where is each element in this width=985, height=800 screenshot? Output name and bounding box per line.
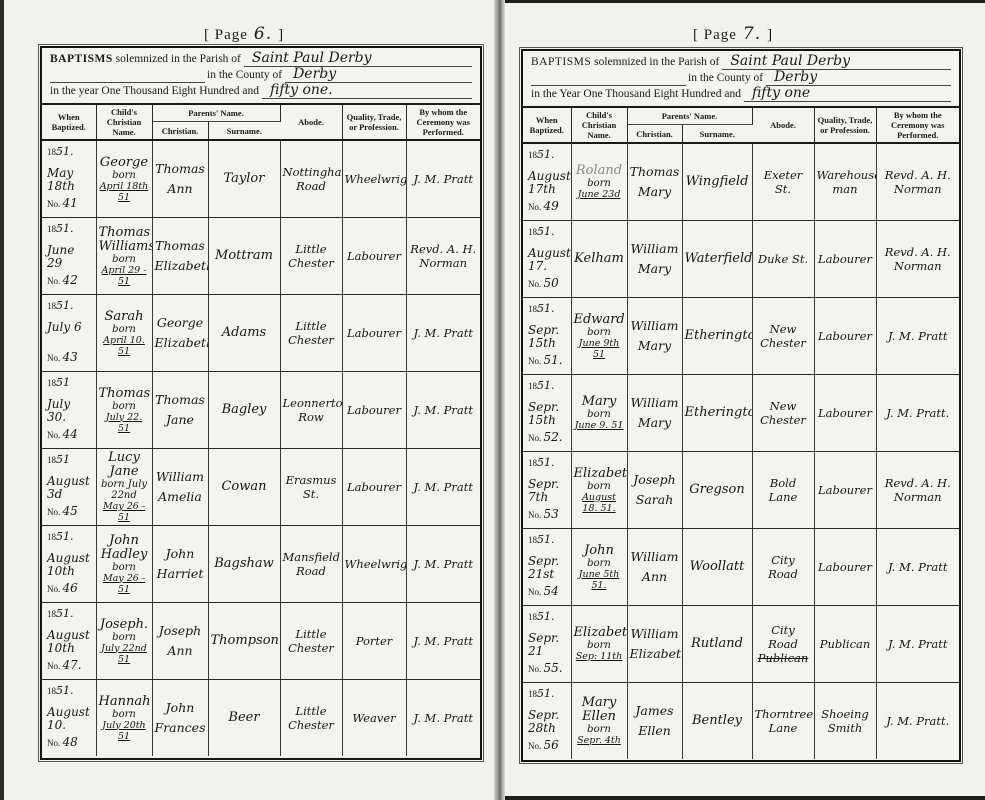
year-suffix: 51: [56, 453, 70, 466]
baptism-date: Sepr. 15th: [528, 324, 567, 350]
cell-trade: Publican: [814, 606, 876, 683]
cell-child: Kelham: [571, 221, 627, 298]
child-name: Elizabeth: [574, 626, 625, 640]
entry-year: 1851.: [47, 145, 74, 159]
born-date: July 20th 51: [99, 720, 150, 742]
cell-trade: Labourer: [342, 372, 406, 449]
no-label: No.: [528, 202, 541, 212]
child-name: Elizabeth: [574, 467, 625, 481]
blank-rule: [50, 68, 205, 83]
year-suffix: 51.: [56, 607, 74, 620]
no-value: 54: [544, 584, 559, 598]
abode-line: Nottingham: [283, 165, 340, 179]
table-row: 1851. Sepr. 21 No. 55. Elizabeth born Se…: [523, 606, 959, 683]
solemnized-label: solemnized in the Parish of: [116, 51, 241, 67]
cell-when: 1851. Sepr. 7th No. 53: [523, 452, 571, 529]
abode-line: Exeter St.: [755, 168, 812, 196]
cell-christian: Thomas Mary: [627, 143, 682, 221]
cell-surname: Woollatt: [682, 529, 752, 606]
entry-year: 1851.: [47, 299, 74, 313]
entry-number: No. 50: [528, 276, 559, 291]
born-label: born: [99, 254, 150, 265]
cell-abode: NottinghamRoad: [280, 140, 342, 218]
cell-christian: John Frances: [152, 680, 208, 757]
born-date: April 18th 51: [99, 181, 150, 203]
abode-line: Erasmus St.: [283, 473, 340, 501]
cell-officiant: J. M. Pratt: [406, 680, 480, 757]
county-line: in the County of Derby: [50, 67, 472, 83]
baptism-date: August 17th: [528, 170, 567, 196]
cell-surname: Taylor: [208, 140, 280, 218]
baptism-date: August 10th: [47, 552, 92, 578]
no-label: No.: [528, 356, 541, 366]
child-name: Lucy Jane: [99, 451, 150, 479]
born-label: born: [574, 327, 625, 338]
cell-surname: Wingfield: [682, 143, 752, 221]
no-value: 51.: [544, 353, 563, 367]
abode-line: Road: [283, 179, 340, 193]
entry-number: No. 44: [47, 427, 78, 442]
col-surname: Surname.: [208, 122, 280, 140]
col-child: Child's Christian Name.: [96, 105, 152, 140]
page-number: 6.: [254, 24, 272, 44]
entry-number: No. 46: [47, 581, 78, 596]
year-suffix: 51.: [56, 530, 74, 543]
cell-abode: Exeter St.: [752, 143, 814, 221]
abode-line: Row: [283, 410, 340, 424]
cell-child: Roland born June 23d: [571, 143, 627, 221]
mother-name: Ann: [155, 179, 206, 199]
cell-christian: William Ann: [627, 529, 682, 606]
entry-number: No. 42: [47, 273, 78, 288]
born-label: born: [574, 640, 625, 651]
cell-trade: Wheelwright: [342, 140, 406, 218]
no-value: 49: [544, 199, 559, 213]
mother-name: Mary: [630, 259, 680, 279]
father-name: George: [155, 313, 206, 333]
cell-christian: William Mary: [627, 375, 682, 452]
cell-abode: Erasmus St.: [280, 449, 342, 526]
cell-christian: William Elizabeth: [627, 606, 682, 683]
entry-year: 1851.: [528, 148, 555, 162]
abode-line: New Chester: [755, 399, 812, 427]
cell-surname: Rutland: [682, 606, 752, 683]
table-row: 1851. August 10th No. 46 John Hadley bor…: [42, 526, 480, 603]
cell-officiant: J. M. Pratt.: [876, 683, 959, 760]
cell-trade: Weaver: [342, 680, 406, 757]
entry-number: No. 41: [47, 196, 78, 211]
baptism-date: July 6: [47, 321, 92, 334]
abode-line: Little Chester: [283, 627, 340, 655]
book-spine: [494, 0, 505, 800]
abode-line: Leonnerton: [283, 396, 340, 410]
no-label: No.: [528, 510, 541, 520]
cell-surname: Bentley: [682, 683, 752, 760]
year-prefix: 18: [47, 609, 56, 619]
col-when: When Baptized.: [523, 108, 571, 143]
entry-number: No. 43: [47, 350, 78, 365]
child-name: Hannah: [99, 695, 150, 709]
cell-child: Elizabeth born August 18. 51.: [571, 452, 627, 529]
child-name: Thomas: [99, 387, 150, 401]
county-value: Derby: [766, 71, 951, 86]
cell-when: 1851. Sepr. 21st No. 54: [523, 529, 571, 606]
cell-abode: City Road: [752, 529, 814, 606]
cell-trade: Labourer: [814, 221, 876, 298]
register-spread: [ Page6.] BAPTISMS solemnized in the Par…: [0, 0, 985, 800]
father-name: James: [630, 701, 680, 721]
cell-child: Mary born June 9. 51: [571, 375, 627, 452]
cell-trade: Labourer: [814, 529, 876, 606]
mother-name: Mary: [630, 336, 680, 356]
year-prefix: 18: [47, 686, 56, 696]
cell-child: George born April 18th 51: [96, 140, 152, 218]
born-label: born: [99, 562, 150, 573]
cell-surname: Etherington: [682, 298, 752, 375]
mother-name: Amelia: [155, 487, 206, 507]
year-line: in the year One Thousand Eight Hundred a…: [50, 83, 472, 99]
cell-child: Thomas Williams born April 29 - 51: [96, 218, 152, 295]
year-prefix: 18: [528, 227, 537, 237]
no-value: 50: [544, 276, 559, 290]
cell-christian: James Ellen: [627, 683, 682, 760]
col-child: Child's Christian Name.: [571, 108, 627, 143]
entry-year: 1851.: [47, 607, 74, 621]
born-label: born: [574, 724, 625, 735]
born-date: June 9th 51: [574, 338, 625, 360]
no-value: 52.: [544, 430, 563, 444]
year-suffix: 51.: [537, 533, 555, 546]
baptism-date: August 10.: [47, 706, 92, 732]
born-date: May 26 - 51: [99, 501, 150, 523]
born-label: born: [574, 558, 625, 569]
entry-year: 1851.: [528, 610, 555, 624]
cell-child: Thomas born July 22. 51: [96, 372, 152, 449]
cell-child: John Hadley born May 26 - 51: [96, 526, 152, 603]
baptism-date: Sepr. 21: [528, 632, 567, 658]
cell-child: Sarah born April 10. 51: [96, 295, 152, 372]
cell-surname: Cowan: [208, 449, 280, 526]
year-prefix: 18: [47, 147, 56, 157]
cell-trade: Labourer: [342, 218, 406, 295]
year-suffix: 51.: [56, 299, 74, 312]
mother-name: Ann: [630, 567, 680, 587]
mother-name: Harriet: [155, 564, 206, 584]
father-name: Thomas: [155, 159, 206, 179]
abode-line: Duke St.: [755, 252, 812, 266]
cell-christian: William Mary: [627, 221, 682, 298]
child-name: John Hadley: [99, 534, 150, 562]
father-name: William: [155, 467, 206, 487]
born-date: June 23d: [574, 189, 625, 200]
col-when: When Baptized.: [42, 105, 96, 140]
year-prefix: 18: [528, 458, 537, 468]
child-name: Mary: [574, 395, 625, 409]
father-name: Thomas: [155, 390, 206, 410]
cell-surname: Thompson: [208, 603, 280, 680]
cell-when: 1851. August 10th No. 47.: [42, 603, 96, 680]
year-suffix: 51.: [537, 687, 555, 700]
cell-when: 1851. July 6 No. 43: [42, 295, 96, 372]
page-label-suffix: ]: [278, 27, 284, 43]
cell-abode: Little Chester: [280, 603, 342, 680]
year-label: in the year One Thousand Eight Hundred a…: [50, 83, 259, 99]
cell-officiant: J. M. Pratt: [406, 372, 480, 449]
scan-border-bottom: [505, 796, 985, 800]
mother-name: Mary: [630, 182, 680, 202]
mother-name: Elizabeth: [155, 256, 206, 276]
year-prefix: 18: [528, 689, 537, 699]
abode-line: Chester: [283, 256, 340, 270]
child-name: John: [574, 544, 625, 558]
cell-officiant: J. M. Pratt.: [876, 375, 959, 452]
born-date: June 9. 51: [574, 420, 625, 431]
table-row: 1851. August 10th No. 47. Joseph. born J…: [42, 603, 480, 680]
mother-name: Jane: [155, 410, 206, 430]
cell-trade: Labourer: [814, 298, 876, 375]
solemnized-label: solemnized in the Parish of: [594, 54, 719, 70]
page-label-prefix: [ Page: [204, 27, 248, 43]
cell-child: John born June 5th 51.: [571, 529, 627, 606]
born-date: July 22nd 51: [99, 643, 150, 665]
year-prefix: 18: [47, 301, 56, 311]
no-label: No.: [47, 276, 60, 286]
year-suffix: 51.: [56, 684, 74, 697]
cell-when: 1851. August 17. No. 50: [523, 221, 571, 298]
father-name: William: [630, 239, 680, 259]
child-name: Joseph.: [99, 618, 150, 632]
abode-line: Mansfield: [283, 550, 340, 564]
cell-child: Mary Ellen born Sepr. 4th: [571, 683, 627, 760]
baptism-date: August 3d: [47, 475, 92, 501]
cell-trade: Porter: [342, 603, 406, 680]
cell-trade: Labourer: [342, 295, 406, 372]
no-label: No.: [528, 664, 541, 674]
cell-child: Hannah born July 20th 51: [96, 680, 152, 757]
entry-number: No. 53: [528, 507, 559, 522]
cell-abode: Duke St.: [752, 221, 814, 298]
cell-surname: Bagley: [208, 372, 280, 449]
cell-christian: Joseph Ann: [152, 603, 208, 680]
born-date: June 5th 51.: [574, 569, 625, 591]
baptism-date: August 17.: [528, 247, 567, 273]
county-label: in the County of: [207, 67, 282, 83]
born-label: born: [99, 401, 150, 412]
child-name: Mary Ellen: [574, 696, 625, 724]
year-prefix: 18: [47, 224, 56, 234]
abode-line: Bold Lane: [755, 476, 812, 504]
col-officiant: By whom the Ceremony was Performed.: [406, 105, 480, 140]
entry-year: 1851.: [528, 225, 555, 239]
cell-abode: LittleChester: [280, 295, 342, 372]
abode-line: City Road: [755, 623, 812, 651]
cell-trade: Wheelwright: [342, 526, 406, 603]
col-surname: Surname.: [682, 125, 752, 143]
born-date: Sep: 11th: [574, 651, 625, 662]
no-value: 42: [63, 273, 78, 287]
no-value: 41: [63, 196, 78, 210]
year-prefix: 18: [47, 378, 56, 388]
baptisms-title: BAPTISMS: [50, 51, 113, 67]
year-suffix: 51.: [56, 145, 74, 158]
cell-christian: John Harriet: [152, 526, 208, 603]
cell-when: 1851. May 18th No. 41: [42, 140, 96, 218]
col-trade: Quality, Trade, or Profession.: [814, 108, 876, 143]
table-row: 1851. July 6 No. 43 Sarah born April 10.…: [42, 295, 480, 372]
cell-officiant: J. M. Pratt: [876, 606, 959, 683]
child-name: Kelham: [574, 252, 625, 266]
abode-line: Little: [283, 704, 340, 718]
baptism-date: Sepr. 7th: [528, 478, 567, 504]
cell-surname: Etherington: [682, 375, 752, 452]
year-label: in the Year One Thousand Eight Hundred a…: [531, 86, 741, 102]
col-christian: Christian.: [627, 125, 682, 143]
child-name: Roland: [574, 164, 625, 178]
year-prefix: 18: [528, 612, 537, 622]
father-name: John: [155, 544, 206, 564]
col-officiant: By whom the Ceremony was Performed.: [876, 108, 959, 143]
father-name: William: [630, 316, 680, 336]
abode-line: Chester: [283, 333, 340, 347]
baptism-register: BAPTISMS solemnized in the Parish of Sai…: [40, 46, 482, 760]
abode-line: New Chester: [755, 322, 812, 350]
cell-officiant: J. M. Pratt: [406, 449, 480, 526]
cell-trade: Labourer: [814, 375, 876, 452]
no-label: No.: [47, 430, 60, 440]
cell-officiant: Revd. A. H. Norman: [876, 143, 959, 221]
no-value: 44: [63, 427, 78, 441]
no-label: No.: [47, 199, 60, 209]
table-row: 1851. Sepr. 15th No. 51. Edward born Jun…: [523, 298, 959, 375]
page-number-label: [ Page7.]: [693, 24, 773, 44]
abode-line: Thorntree: [755, 707, 812, 721]
no-value: 55.: [544, 661, 563, 675]
page-number: 7.: [743, 24, 761, 44]
cell-when: 1851. Sepr. 15th No. 52.: [523, 375, 571, 452]
no-value: 46: [63, 581, 78, 595]
entry-number: No. 52.: [528, 430, 563, 445]
born-date: April 29 - 51: [99, 265, 150, 287]
no-label: No.: [528, 587, 541, 597]
father-name: John: [155, 698, 206, 718]
cell-officiant: J. M. Pratt: [406, 603, 480, 680]
no-label: No.: [47, 661, 60, 671]
table-row: 1851. June 29 No. 42 Thomas Williams bor…: [42, 218, 480, 295]
cell-trade: Labourer: [342, 449, 406, 526]
cell-abode: LittleChester: [280, 680, 342, 757]
child-name: Thomas Williams: [99, 226, 150, 254]
entry-number: No. 45: [47, 504, 78, 519]
entry-year: 1851: [47, 453, 70, 467]
cell-christian: William Amelia: [152, 449, 208, 526]
mother-name: Elizabeth: [630, 644, 680, 664]
county-line: in the County of Derby: [531, 70, 951, 86]
cell-officiant: J. M. Pratt: [406, 140, 480, 218]
baptism-date: June 29: [47, 244, 92, 270]
entry-year: 1851.: [528, 456, 555, 470]
entry-year: 1851.: [47, 530, 74, 544]
baptism-date: August 10th: [47, 629, 92, 655]
no-label: No.: [528, 279, 541, 289]
parish-value: Saint Paul Derby: [244, 52, 472, 67]
cell-surname: Gregson: [682, 452, 752, 529]
year-value: fifty one.: [262, 84, 472, 99]
abode-line: Publican: [755, 651, 812, 665]
cell-surname: Waterfield: [682, 221, 752, 298]
no-value: 47.: [63, 658, 82, 672]
mother-name: Mary: [630, 413, 680, 433]
abode-line: Chester: [283, 718, 340, 732]
table-row: 1851. Sepr. 15th No. 52. Mary born June …: [523, 375, 959, 452]
cell-christian: George Elizabeth: [152, 295, 208, 372]
child-name: Edward: [574, 313, 625, 327]
year-suffix: 51.: [537, 456, 555, 469]
cell-abode: City RoadPublican: [752, 606, 814, 683]
year-prefix: 18: [47, 532, 56, 542]
col-christian: Christian.: [152, 122, 208, 140]
cell-when: 1851. August 10. No. 48: [42, 680, 96, 757]
cell-officiant: J. M. Pratt: [876, 529, 959, 606]
cell-christian: Thomas Elizabeth: [152, 218, 208, 295]
col-abode: Abode.: [280, 105, 342, 140]
table-row: 1851 August 3d No. 45 Lucy Jane born Jul…: [42, 449, 480, 526]
col-abode: Abode.: [752, 108, 814, 143]
cell-officiant: Revd. A. H. Norman: [876, 221, 959, 298]
no-value: 45: [63, 504, 78, 518]
cell-surname: Bagshaw: [208, 526, 280, 603]
father-name: William: [630, 393, 680, 413]
born-date: May 26 - 51: [99, 573, 150, 595]
table-row: 1851. August 17. No. 50 Kelham William M…: [523, 221, 959, 298]
father-name: William: [630, 624, 680, 644]
entry-year: 1851.: [47, 684, 74, 698]
cell-trade: Shoeing Smith: [814, 683, 876, 760]
baptism-date: May 18th: [47, 167, 92, 193]
cell-abode: New Chester: [752, 298, 814, 375]
no-label: No.: [47, 353, 60, 363]
child-name: George: [99, 156, 150, 170]
cell-officiant: J. M. Pratt: [876, 298, 959, 375]
abode-line: City Road: [755, 553, 812, 581]
right-page: [ Page7.] BAPTISMS solemnized in the Par…: [505, 0, 985, 800]
cell-trade: Warehouse-man: [814, 143, 876, 221]
cell-when: 1851. Sepr. 15th No. 51.: [523, 298, 571, 375]
cell-when: 1851 August 3d No. 45: [42, 449, 96, 526]
entry-number: No. 47.: [47, 658, 82, 673]
year-suffix: 51.: [537, 148, 555, 161]
table-row: 1851. May 18th No. 41 George born April …: [42, 140, 480, 218]
county-label: in the County of: [688, 70, 763, 86]
entry-year: 1851.: [528, 533, 555, 547]
mother-name: Frances: [155, 718, 206, 738]
mother-name: Sarah: [630, 490, 680, 510]
entry-number: No. 49: [528, 199, 559, 214]
year-prefix: 18: [528, 150, 537, 160]
father-name: Joseph: [155, 621, 206, 641]
cell-christian: William Mary: [627, 298, 682, 375]
year-suffix: 51.: [537, 610, 555, 623]
year-value: fifty one: [744, 87, 951, 102]
born-label: born: [574, 409, 625, 420]
cell-child: Joseph. born July 22nd 51: [96, 603, 152, 680]
entry-year: 1851.: [528, 379, 555, 393]
col-parents: Parents' Name.: [627, 108, 752, 125]
parish-line: BAPTISMS solemnized in the Parish of Sai…: [50, 51, 472, 67]
no-value: 53: [544, 507, 559, 521]
entry-year: 1851.: [528, 687, 555, 701]
born-label: born: [574, 178, 625, 189]
page-label-suffix: ]: [767, 27, 773, 43]
